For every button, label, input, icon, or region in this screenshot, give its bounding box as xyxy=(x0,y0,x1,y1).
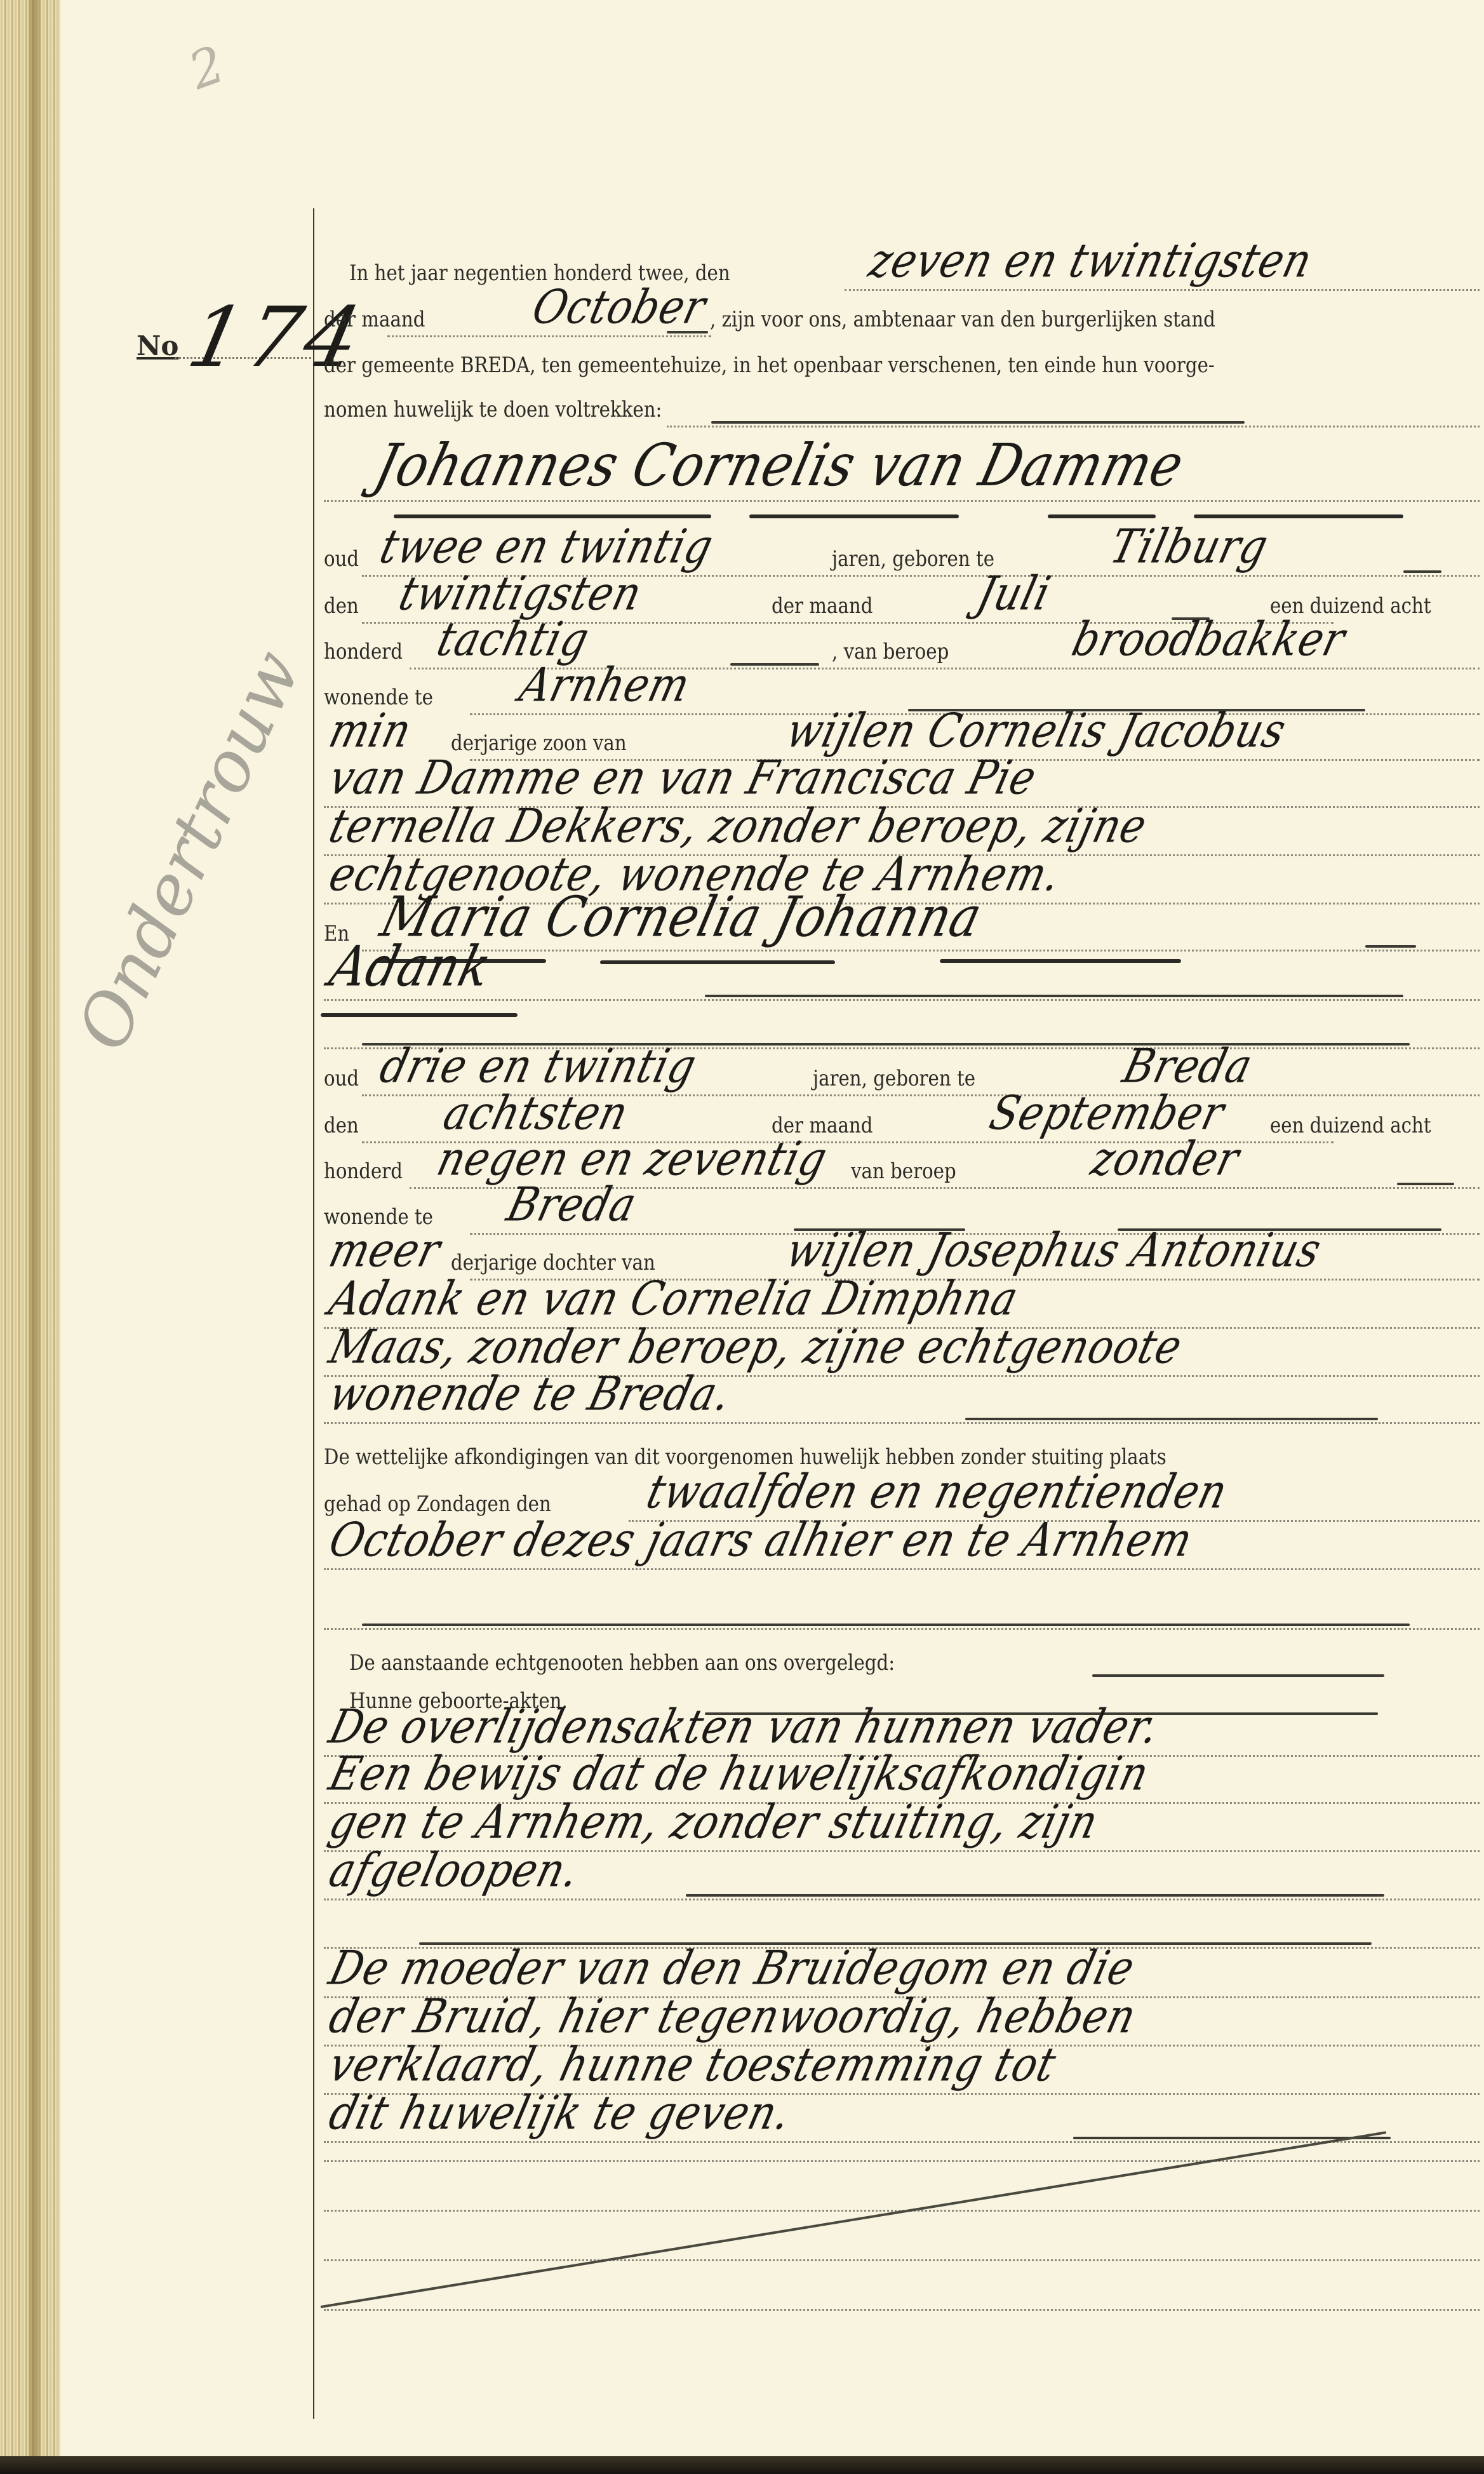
groom-name-underline xyxy=(394,514,711,518)
bride-parents-2: Adank en van Cornelia Dimphna xyxy=(324,1272,1024,1326)
consent-hand-1: De moeder van den Bruidegom en die xyxy=(324,1942,1140,1996)
consent-hand-3: verklaard, hunne toestemming tot xyxy=(324,2038,1062,2092)
bride-parents-4: wonende te Breda. xyxy=(324,1368,737,1422)
groom-name-line: Johannes Cornelis van Damme xyxy=(324,432,1480,508)
groom-parents-3: ternella Dekkers, zonder beroep, zijne xyxy=(324,800,1153,854)
label-oud: oud xyxy=(324,1066,359,1091)
groom-birth-month: Juli xyxy=(972,567,1056,621)
book-page-edges xyxy=(0,0,60,2474)
documents-hand-4: afgeloopen. xyxy=(324,1844,585,1898)
blank-ruled-line xyxy=(324,2256,1480,2317)
groom-name-underline xyxy=(749,514,959,518)
intro-day: zeven en twintigsten xyxy=(864,234,1318,288)
bride-parents-3: Maas, zonder beroep, zijne echtgenoote xyxy=(324,1321,1187,1375)
bride-status-prefix: meer xyxy=(324,1224,446,1278)
groom-name-underline xyxy=(1194,514,1403,518)
groom-birthplace: Tilburg xyxy=(1105,520,1274,574)
intro-line-4: nomen huwelijk te doen voltrekken: xyxy=(324,373,1480,434)
banns-places: October dezes jaars alhier en te Arnhem xyxy=(324,1514,1198,1568)
groom-occupation: broodbakker xyxy=(1067,613,1351,667)
documents-hand-3: gen te Arnhem, zonder stuiting, zijn xyxy=(324,1796,1104,1850)
bride-parents-1: wijlen Josephus Antonius xyxy=(781,1224,1327,1278)
consent-hand-2: der Bruid, hier tegenwoordig, hebben xyxy=(324,1990,1142,2044)
bride-birthplace: Breda xyxy=(1118,1040,1258,1094)
bride-occupation: zonder xyxy=(1086,1133,1245,1187)
intro-text-5: nomen huwelijk te doen voltrekken: xyxy=(324,397,662,422)
margin-rule xyxy=(313,208,314,2419)
label-born: jaren, geboren te xyxy=(832,546,994,572)
groom-parents-2: van Damme en van Francisca Pie xyxy=(324,751,1042,805)
bride-age: drie en twintig xyxy=(375,1040,702,1094)
groom-age: twee en twintig xyxy=(375,520,719,574)
banns-line-3: October dezes jaars alhier en te Arnhem xyxy=(324,1516,1480,1577)
groom-name: Johannes Cornelis van Damme xyxy=(368,431,1191,499)
act-number-label: No xyxy=(137,330,178,361)
intro-month: October xyxy=(527,281,711,335)
groom-residence: Arnhem xyxy=(514,659,695,713)
documents-hand-1: De overlijdensakten van hunnen vader. xyxy=(324,1700,1165,1754)
label-oud: oud xyxy=(324,546,359,572)
bride-residence: Breda xyxy=(502,1178,642,1232)
label-born: jaren, geboren te xyxy=(813,1066,975,1091)
scan-bottom-edge xyxy=(0,2456,1484,2474)
banns-dates: twaalfden en negentienden xyxy=(641,1465,1233,1519)
groom-status-prefix: min xyxy=(324,704,417,758)
documents-hand-2: Een bewijs dat de huwelijksafkondigin xyxy=(324,1747,1154,1801)
bride-name-2: Adank xyxy=(324,934,498,998)
groom-name-underline xyxy=(1048,514,1156,518)
groom-parents-1: wijlen Cornelis Jacobus xyxy=(781,704,1292,758)
